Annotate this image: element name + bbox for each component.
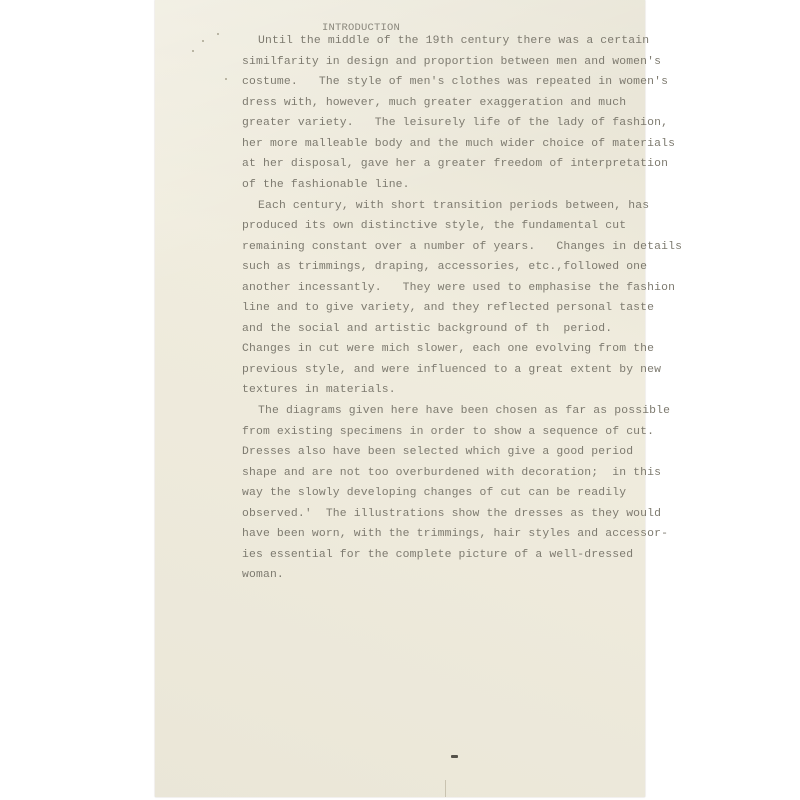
paper-speck <box>217 33 219 35</box>
text-line: remaining constant over a number of year… <box>242 241 682 253</box>
page-heading: INTRODUCTION <box>322 22 400 34</box>
text-line: from existing specimens in order to show… <box>242 426 654 438</box>
text-line: The diagrams given here have been chosen… <box>258 405 670 417</box>
text-line: way the slowly developing changes of cut… <box>242 487 626 499</box>
text-line: Until the middle of the 19th century the… <box>258 35 649 47</box>
text-line: greater variety. The leisurely life of t… <box>242 117 668 129</box>
text-line: another incessantly. They were used to e… <box>242 282 675 294</box>
paper-speck <box>202 40 204 42</box>
text-line: at her disposal, gave her a greater free… <box>242 158 668 170</box>
text-line: have been worn, with the trimmings, hair… <box>242 528 668 540</box>
text-line: Changes in cut were mich slower, each on… <box>242 343 654 355</box>
text-line: of the fashionable line. <box>242 179 410 191</box>
text-line: costume. The style of men's clothes was … <box>242 76 668 88</box>
text-line: ies essential for the complete picture o… <box>242 549 633 561</box>
paper-crease <box>445 780 446 797</box>
paper-speck <box>192 50 194 52</box>
text-line: similfarity in design and proportion bet… <box>242 56 661 68</box>
text-line: produced its own distinctive style, the … <box>242 220 626 232</box>
typewritten-page: INTRODUCTION Until the middle of the 19t… <box>155 0 645 797</box>
text-line: previous style, and were influenced to a… <box>242 364 661 376</box>
text-line: her more malleable body and the much wid… <box>242 138 675 150</box>
text-line: shape and are not too overburdened with … <box>242 467 661 479</box>
paper-speck <box>225 78 227 80</box>
text-line: woman. <box>242 569 284 581</box>
text-line: observed.' The illustrations show the dr… <box>242 508 661 520</box>
text-line: and the social and artistic background o… <box>242 323 612 335</box>
text-line: line and to give variety, and they refle… <box>242 302 654 314</box>
text-line: Dresses also have been selected which gi… <box>242 446 633 458</box>
text-line: such as trimmings, draping, accessories,… <box>242 261 647 273</box>
ink-mark <box>451 755 458 758</box>
text-line: dress with, however, much greater exagge… <box>242 97 626 109</box>
text-line: textures in materials. <box>242 384 396 396</box>
text-line: Each century, with short transition peri… <box>258 200 649 212</box>
